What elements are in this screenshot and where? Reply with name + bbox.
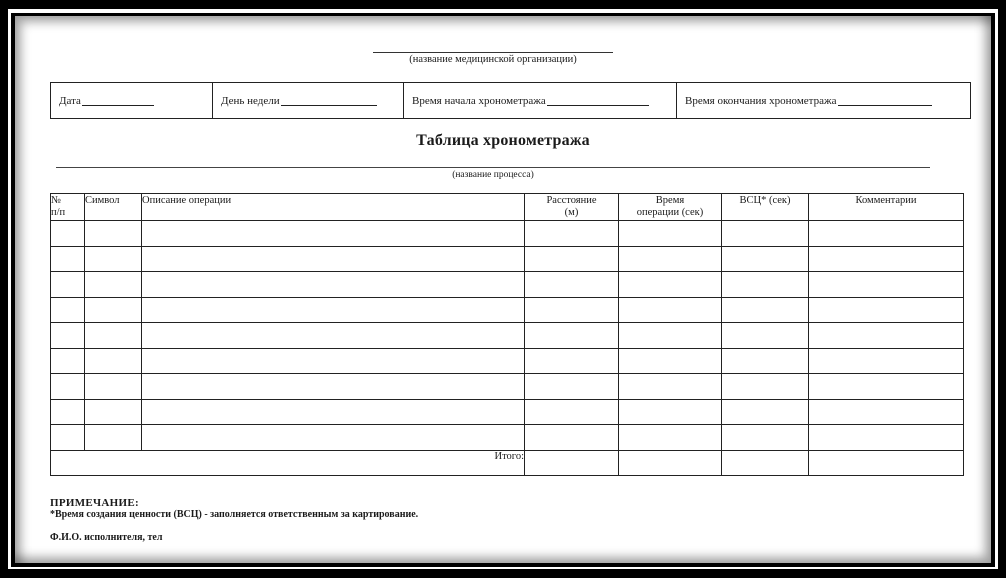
table-header-row: №п/п Символ Описание операции Расстояние…: [51, 194, 964, 221]
cell-description[interactable]: [142, 425, 525, 451]
cell-op_time[interactable]: [619, 399, 722, 425]
cell-num[interactable]: [51, 399, 85, 425]
cell-comments[interactable]: [809, 272, 964, 298]
cell-num[interactable]: [51, 323, 85, 349]
table-row: [51, 246, 964, 272]
cell-comments[interactable]: [809, 323, 964, 349]
note-title: ПРИМЕЧАНИЕ:: [50, 497, 139, 509]
note-text: *Время создания ценности (ВСЦ) - заполня…: [50, 509, 418, 520]
cell-num[interactable]: [51, 246, 85, 272]
cell-distance[interactable]: [525, 425, 619, 451]
end-time-blank[interactable]: [838, 95, 932, 106]
cell-vsc[interactable]: [722, 221, 809, 247]
end-time-field[interactable]: Время окончания хронометража: [677, 83, 970, 118]
col-header-comments: Комментарии: [809, 194, 964, 221]
total-vsc-cell[interactable]: [722, 450, 809, 476]
cell-op_time[interactable]: [619, 221, 722, 247]
table-row: [51, 272, 964, 298]
cell-symbol[interactable]: [85, 425, 142, 451]
cell-op_time[interactable]: [619, 297, 722, 323]
cell-symbol[interactable]: [85, 272, 142, 298]
cell-comments[interactable]: [809, 348, 964, 374]
table-row: [51, 297, 964, 323]
cell-op_time[interactable]: [619, 425, 722, 451]
date-field[interactable]: Дата: [51, 83, 213, 118]
cell-op_time[interactable]: [619, 323, 722, 349]
cell-symbol[interactable]: [85, 399, 142, 425]
total-comments-cell[interactable]: [809, 450, 964, 476]
col-header-vsc: ВСЦ* (сек): [722, 194, 809, 221]
table-row: [51, 374, 964, 400]
cell-description[interactable]: [142, 399, 525, 425]
start-time-field[interactable]: Время начала хронометража: [404, 83, 677, 118]
cell-num[interactable]: [51, 297, 85, 323]
cell-distance[interactable]: [525, 374, 619, 400]
table-row: [51, 221, 964, 247]
table-row: [51, 348, 964, 374]
cell-num[interactable]: [51, 272, 85, 298]
col-header-description: Описание операции: [142, 194, 525, 221]
cell-vsc[interactable]: [722, 348, 809, 374]
cell-num[interactable]: [51, 374, 85, 400]
cell-num[interactable]: [51, 348, 85, 374]
table-row: [51, 425, 964, 451]
cell-symbol[interactable]: [85, 374, 142, 400]
cell-description[interactable]: [142, 348, 525, 374]
cell-description[interactable]: [142, 272, 525, 298]
date-blank[interactable]: [82, 95, 154, 106]
chronometry-table: №п/п Символ Описание операции Расстояние…: [50, 193, 964, 476]
executor-signature-label: Ф.И.О. исполнителя, тел: [50, 532, 162, 543]
info-row: Дата День недели Время начала хронометра…: [50, 82, 971, 119]
cell-vsc[interactable]: [722, 323, 809, 349]
page-title: Таблица хронометража: [0, 132, 1006, 150]
cell-distance[interactable]: [525, 272, 619, 298]
cell-symbol[interactable]: [85, 221, 142, 247]
col-header-symbol: Символ: [85, 194, 142, 221]
cell-vsc[interactable]: [722, 297, 809, 323]
cell-comments[interactable]: [809, 246, 964, 272]
cell-comments[interactable]: [809, 297, 964, 323]
total-label: Итого:: [51, 450, 525, 476]
weekday-field[interactable]: День недели: [213, 83, 404, 118]
cell-description[interactable]: [142, 246, 525, 272]
cell-distance[interactable]: [525, 246, 619, 272]
cell-comments[interactable]: [809, 399, 964, 425]
cell-op_time[interactable]: [619, 246, 722, 272]
cell-op_time[interactable]: [619, 374, 722, 400]
weekday-blank[interactable]: [281, 95, 377, 106]
cell-op_time[interactable]: [619, 272, 722, 298]
cell-symbol[interactable]: [85, 323, 142, 349]
cell-op_time[interactable]: [619, 348, 722, 374]
totals-row: Итого:: [51, 450, 964, 476]
col-header-operation-time: Времяоперации (сек): [619, 194, 722, 221]
col-header-num: №п/п: [51, 194, 85, 221]
cell-num[interactable]: [51, 425, 85, 451]
cell-vsc[interactable]: [722, 374, 809, 400]
cell-comments[interactable]: [809, 221, 964, 247]
cell-distance[interactable]: [525, 399, 619, 425]
end-time-label: Время окончания хронометража: [685, 95, 837, 107]
cell-description[interactable]: [142, 374, 525, 400]
cell-symbol[interactable]: [85, 246, 142, 272]
cell-symbol[interactable]: [85, 348, 142, 374]
cell-distance[interactable]: [525, 348, 619, 374]
cell-distance[interactable]: [525, 221, 619, 247]
cell-vsc[interactable]: [722, 399, 809, 425]
date-label: Дата: [59, 95, 81, 107]
cell-description[interactable]: [142, 323, 525, 349]
cell-comments[interactable]: [809, 374, 964, 400]
cell-description[interactable]: [142, 221, 525, 247]
start-time-label: Время начала хронометража: [412, 95, 546, 107]
table-row: [51, 399, 964, 425]
org-name-caption: (название медицинской организации): [373, 54, 613, 65]
cell-distance[interactable]: [525, 323, 619, 349]
start-time-blank[interactable]: [547, 95, 649, 106]
col-header-distance: Расстояние(м): [525, 194, 619, 221]
process-name-field[interactable]: [56, 167, 930, 168]
cell-distance[interactable]: [525, 297, 619, 323]
org-name-field[interactable]: [373, 52, 613, 53]
cell-description[interactable]: [142, 297, 525, 323]
total-operation-time-cell[interactable]: [619, 450, 722, 476]
cell-vsc[interactable]: [722, 246, 809, 272]
cell-vsc[interactable]: [722, 425, 809, 451]
table-body: [51, 221, 964, 451]
cell-comments[interactable]: [809, 425, 964, 451]
total-distance-cell[interactable]: [525, 450, 619, 476]
table-row: [51, 323, 964, 349]
cell-vsc[interactable]: [722, 272, 809, 298]
process-name-caption: (название процесса): [56, 170, 930, 180]
cell-symbol[interactable]: [85, 297, 142, 323]
cell-num[interactable]: [51, 221, 85, 247]
weekday-label: День недели: [221, 95, 280, 107]
